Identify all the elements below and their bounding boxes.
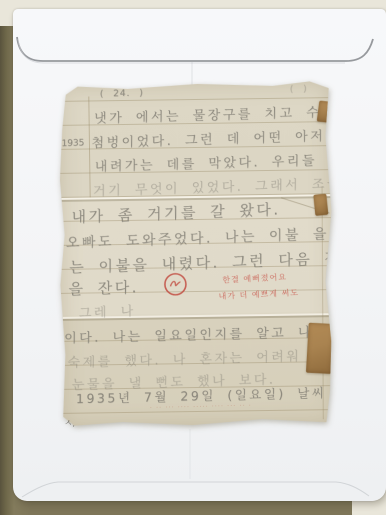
photo-scene: ( 24. ) ( ) 1935 냇가 에서는 물장구를 치고 수영도 했다. … xyxy=(0,0,386,515)
stray-pencil-mark: ㅅ. xyxy=(63,415,76,429)
letter-line: 을 잔다. xyxy=(68,276,139,299)
page-number-right: ( ) xyxy=(290,84,308,94)
tape-patch xyxy=(313,194,328,216)
letter-paper: ( 24. ) ( ) 1935 냇가 에서는 물장구를 치고 수영도 했다. … xyxy=(58,81,335,428)
red-circle-stamp-icon xyxy=(162,271,188,297)
letter-line: 그레 나 xyxy=(79,300,136,321)
page-number-left: ( 24. ) xyxy=(100,89,144,100)
margin-number: 1935 xyxy=(61,138,84,149)
tape-patch xyxy=(306,323,334,374)
letter-paper-surface: ( 24. ) ( ) 1935 냇가 에서는 물장구를 치고 수영도 했다. … xyxy=(58,81,335,428)
